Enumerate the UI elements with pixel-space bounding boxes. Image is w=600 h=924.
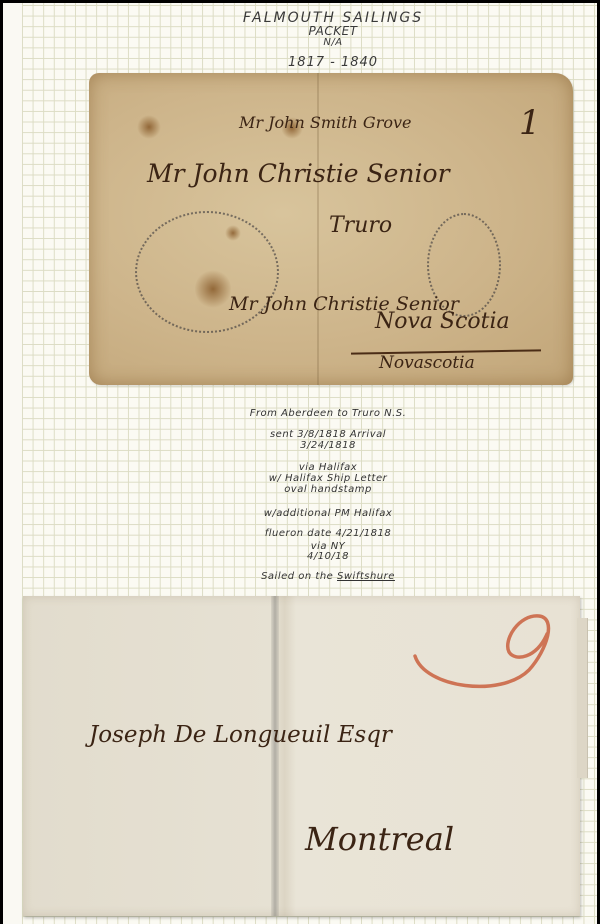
page-years: 1817 - 1840 — [203, 56, 463, 69]
desc-line: sent 3/8/1818 Arrival — [173, 429, 483, 440]
address-line-5: Nova Scotia — [375, 309, 510, 334]
desc-line: 3/24/1818 — [173, 440, 483, 451]
foxing-stain — [137, 115, 161, 139]
city-line: Montreal — [305, 820, 454, 858]
fold-spine — [271, 596, 279, 916]
cover-flap — [577, 618, 588, 778]
album-page: FALMOUTH SAILINGS PACKET N/A 1817 - 1840… — [3, 3, 597, 924]
page-route: N/A — [203, 36, 463, 49]
addressee-line: Joseph De Longueuil Esqr — [89, 722, 392, 748]
cover-montreal: Joseph De Longueuil Esqr Montreal — [23, 596, 580, 916]
desc-line: oval handstamp — [173, 484, 483, 495]
desc-line: via Halifax — [173, 462, 483, 473]
rate-mark: 1 — [519, 103, 541, 143]
sailed-prefix: Sailed on the — [261, 571, 337, 582]
red-rate-mark-9 — [411, 610, 561, 710]
desc-line: w/additional PM Halifax — [173, 508, 483, 519]
address-line-6: Novascotia — [379, 353, 475, 373]
sailed-note: Sailed on the Swiftshure — [173, 571, 483, 582]
address-line-2: Mr John Christie Senior — [147, 159, 450, 188]
desc-line: w/ Halifax Ship Letter — [173, 473, 483, 484]
address-line-3: Truro — [329, 213, 392, 238]
desc-line: flueron date 4/21/1818 — [173, 528, 483, 539]
desc-line: From Aberdeen to Truro N.S. — [173, 408, 483, 419]
desc-line: 4/10/18 — [173, 551, 483, 562]
ship-name: Swiftshure — [337, 571, 395, 582]
address-line-1: Mr John Smith Grove — [239, 113, 412, 132]
cover-truro: Mr John Smith Grove Mr John Christie Sen… — [89, 73, 573, 385]
